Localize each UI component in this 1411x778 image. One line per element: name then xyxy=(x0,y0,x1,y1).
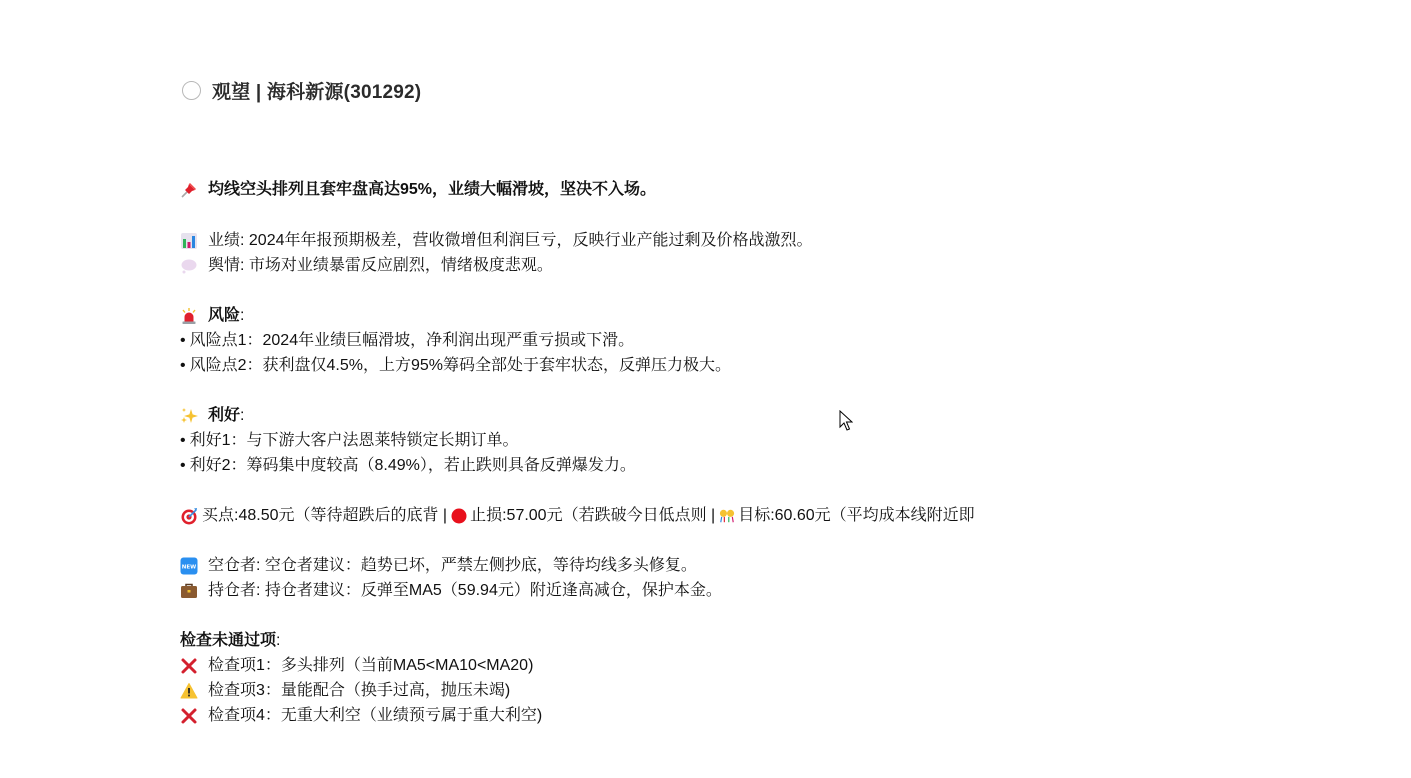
performance-text: : 2024年年报预期极差，营收微增但利润巨亏，反映行业产能过剩及价格战激烈。 xyxy=(240,229,813,253)
risk-item-text: 风险点1：2024年业绩巨幅滑坡，净利润出现严重亏损或下滑。 xyxy=(190,329,635,353)
thought-balloon-icon xyxy=(180,257,198,275)
cross-mark-icon xyxy=(180,707,198,725)
white-circle-icon xyxy=(182,81,201,100)
cross-mark-icon xyxy=(180,657,198,675)
check-item: 检查项4：无重大利空（业绩预亏属于重大利空) xyxy=(180,704,542,728)
check-item-text: 检查项3：量能配合（换手过高，抛压未竭) xyxy=(208,679,510,703)
sentiment-text: : 市场对业绩暴雷反应剧烈，情绪极度悲观。 xyxy=(240,254,553,278)
performance-line: 业绩: 2024年年报预期极差，营收微增但利润巨亏，反映行业产能过剩及价格战激烈… xyxy=(180,229,813,253)
positives-heading: 利好 xyxy=(208,404,240,428)
checks-heading-colon: : xyxy=(276,629,280,653)
check-item-text: 检查项1：多头排列（当前MA5<MA10<MA20) xyxy=(208,654,533,678)
briefcase-icon xyxy=(180,582,198,600)
positive-item: • 利好1：与下游大客户法恩莱特锁定长期订单。 xyxy=(180,429,519,453)
report-title-row: 观望 | 海科新源(301292) xyxy=(180,76,421,104)
check-item: 检查项3：量能配合（换手过高，抛压未竭) xyxy=(180,679,510,703)
report-title: 观望 | 海科新源(301292) xyxy=(212,77,421,104)
warning-icon xyxy=(180,682,198,700)
sparkles-icon xyxy=(180,407,198,425)
check-item: 检查项1：多头排列（当前MA5<MA10<MA20) xyxy=(180,654,533,678)
siren-icon xyxy=(180,307,198,325)
trade-points-line: 买点:48.50元（等待超跌后的底背 | 止损:57.00元（若跌破今日低点则 … xyxy=(180,504,975,528)
target-price-text: 目标:60.60元（平均成本线附近即 xyxy=(738,504,975,528)
sentiment-line: 舆情: 市场对业绩暴雷反应剧烈，情绪极度悲观。 xyxy=(180,254,553,278)
mouse-cursor-icon xyxy=(839,410,853,432)
positive-item: • 利好2：筹码集中度较高（8.49%），若止跌则具备反弹爆发力。 xyxy=(180,454,636,478)
summary-line: 均线空头排列且套牢盘高达95%，业绩大幅滑坡，坚决不入场。 xyxy=(180,178,656,202)
empty-position-text: : 空仓者建议：趋势已坏，严禁左侧抄底，等待均线多头修复。 xyxy=(256,554,697,578)
performance-label: 业绩 xyxy=(208,229,240,253)
risks-heading: 风险 xyxy=(208,304,240,328)
summary-text: 均线空头排列且套牢盘高达95%，业绩大幅滑坡，坚决不入场。 xyxy=(208,178,656,202)
svg-text:NEW: NEW xyxy=(182,565,196,571)
empty-position-label: 空仓者 xyxy=(208,554,256,578)
positives-heading-line: 利好: xyxy=(180,404,244,428)
risk-item-text: 风险点2：获利盘仅4.5%，上方95%筹码全部处于套牢状态，反弹压力极大。 xyxy=(190,354,731,378)
new-badge-icon: NEW xyxy=(180,557,198,575)
target-icon xyxy=(180,507,198,525)
checks-heading-line: 检查未通过项: xyxy=(180,629,280,653)
bullet: • xyxy=(180,354,186,378)
positives-heading-colon: : xyxy=(240,404,244,428)
bullet: • xyxy=(180,429,186,453)
red-circle-icon xyxy=(451,508,467,524)
bar-chart-icon xyxy=(180,232,198,250)
holding-position-label: 持仓者 xyxy=(208,579,256,603)
risk-item: • 风险点1：2024年业绩巨幅滑坡，净利润出现严重亏损或下滑。 xyxy=(180,329,634,353)
checks-heading: 检查未通过项 xyxy=(180,629,276,653)
check-item-text: 检查项4：无重大利空（业绩预亏属于重大利空) xyxy=(208,704,542,728)
holding-position-text: : 持仓者建议：反弹至MA5（59.94元）附近逢高减仓，保护本金。 xyxy=(256,579,722,603)
risks-heading-colon: : xyxy=(240,304,244,328)
risk-item: • 风险点2：获利盘仅4.5%，上方95%筹码全部处于套牢状态，反弹压力极大。 xyxy=(180,354,731,378)
sentiment-label: 舆情 xyxy=(208,254,240,278)
positive-item-text: 利好2：筹码集中度较高（8.49%），若止跌则具备反弹爆发力。 xyxy=(190,454,636,478)
confetti-icon xyxy=(719,508,735,524)
empty-position-advice-line: NEW 空仓者: 空仓者建议：趋势已坏，严禁左侧抄底，等待均线多头修复。 xyxy=(180,554,697,578)
pushpin-icon xyxy=(180,181,198,199)
positive-item-text: 利好1：与下游大客户法恩莱特锁定长期订单。 xyxy=(190,429,519,453)
stop-loss-text: 止损:57.00元（若跌破今日低点则 | xyxy=(470,504,715,528)
bullet: • xyxy=(180,329,186,353)
buy-point-text: 买点:48.50元（等待超跌后的底背 | xyxy=(202,504,447,528)
bullet: • xyxy=(180,454,186,478)
holding-position-advice-line: 持仓者: 持仓者建议：反弹至MA5（59.94元）附近逢高减仓，保护本金。 xyxy=(180,579,722,603)
risks-heading-line: 风险: xyxy=(180,304,244,328)
